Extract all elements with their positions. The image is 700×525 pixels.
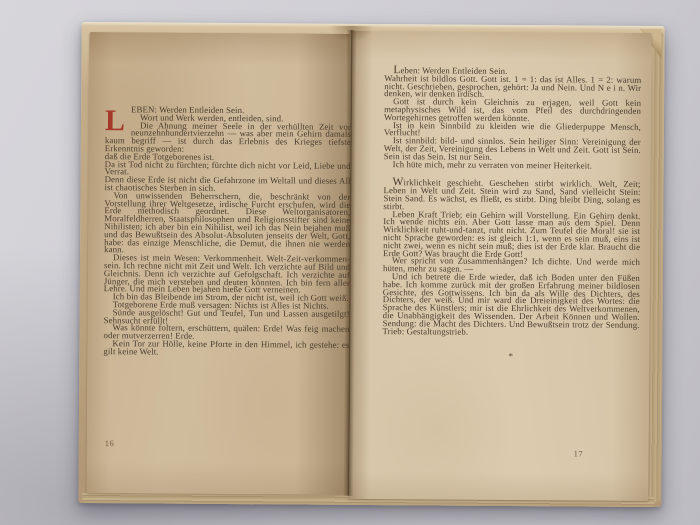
left-page: L EBEN: Werden Entleiden Sein. Wort und … — [86, 32, 349, 495]
page-number-left: 16 — [105, 438, 115, 448]
drop-cap-letter: L — [105, 107, 128, 135]
paragraph: Dieses ist mein Wesen: Verkommenheit. We… — [104, 254, 350, 295]
section-separator: * — [382, 352, 639, 362]
right-page-text: Leben: Werden Entleiden Sein. Wahrheit i… — [382, 67, 641, 362]
left-page-text: L EBEN: Werden Entleiden Sein. Wort und … — [103, 106, 351, 357]
paragraph: Von unwissenden Beherrschern, die, besch… — [104, 192, 350, 256]
paragraph: Kein Tor zur Hölle, keine Pforte in den … — [103, 340, 349, 357]
opening-line: Die Ahnung meiner Seele in der verhüllte… — [105, 122, 351, 155]
right-page: Leben: Werden Entleiden Sein. Wahrheit i… — [348, 31, 651, 501]
open-book: L EBEN: Werden Entleiden Sein. Wort und … — [78, 22, 664, 507]
photo-background: L EBEN: Werden Entleiden Sein. Wort und … — [0, 0, 700, 525]
paragraph: Wirklichkeit geschieht. Geschehen stirbt… — [383, 179, 640, 212]
paragraph: Und ich betrete die Erde wieder, daß ich… — [383, 273, 640, 337]
page-number-right: 17 — [574, 448, 584, 458]
paragraph: Ich hüte mich, mehr zu verraten von mein… — [384, 161, 641, 171]
paragraph: Leben Kraft Trieb; ein Gehirn will Vorst… — [383, 211, 640, 260]
chapter-opening: L EBEN: Werden Entleiden Sein. Wort und … — [105, 106, 351, 154]
